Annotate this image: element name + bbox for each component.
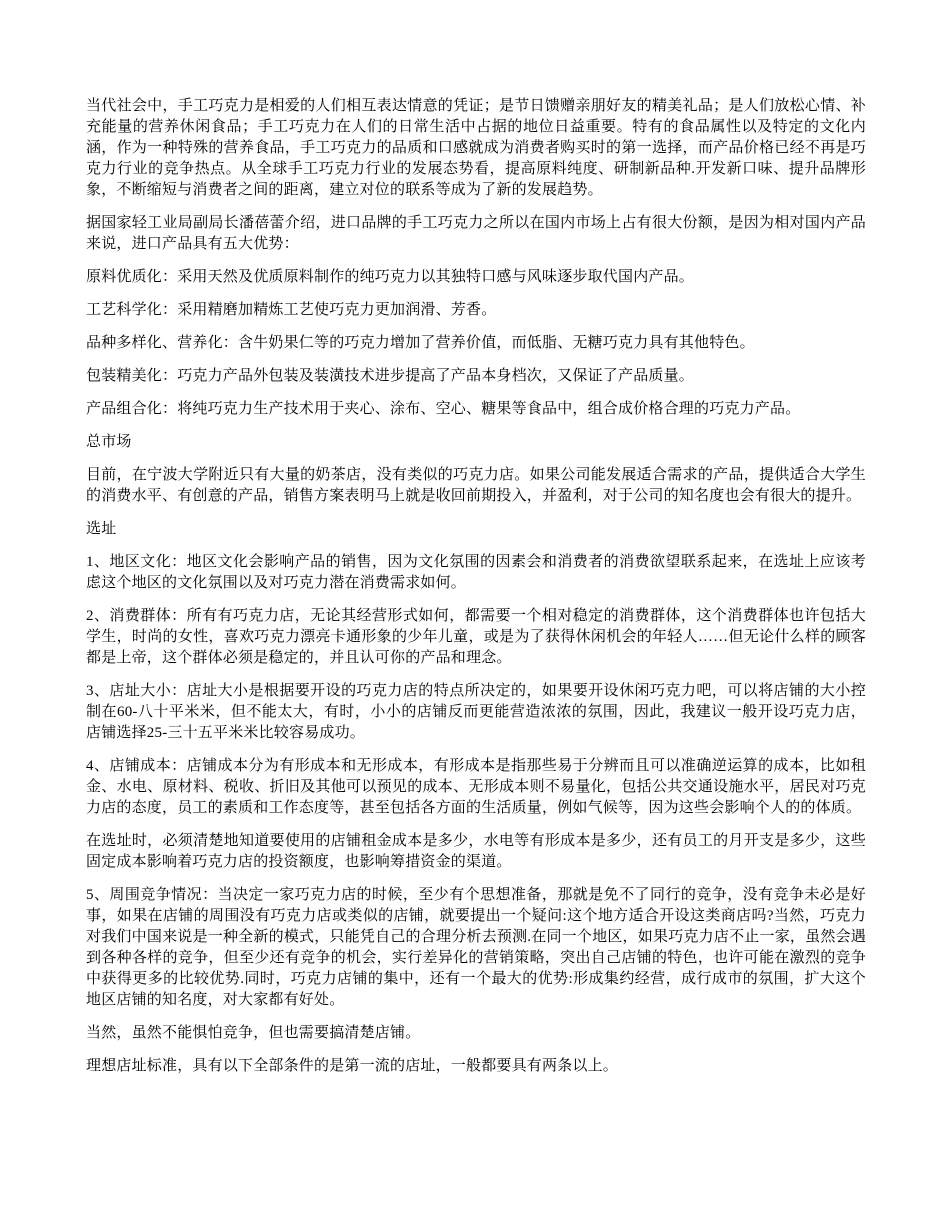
document-page: 当代社会中，手工巧克力是相爱的人们相互表达情意的凭证；是节日馈赠亲朋好友的精美礼… (86, 96, 866, 1089)
heading-total-market: 总市场 (86, 432, 866, 453)
item-2-consumer-group: 2、消费群体：所有有巧克力店，无论其经营形式如何，都需要一个相对稳定的消费群体，… (86, 606, 866, 669)
heading-site-selection: 选址 (86, 519, 866, 540)
advantage-combination: 产品组合化：将纯巧克力生产技术用于夹心、涂布、空心、糖果等食品中，组合成价格合理… (86, 399, 866, 420)
paragraph-competition-note: 当然，虽然不能惧怕竞争，但也需要搞清楚店铺。 (86, 1023, 866, 1044)
item-1-region-culture: 1、地区文化：地区文化会影响产品的销售，因为文化氛围的因素会和消费者的消费欲望联… (86, 552, 866, 594)
item-5-competition: 5、周围竞争情况：当决定一家巧克力店的时候，至少有个思想准备，那就是免不了同行的… (86, 885, 866, 1011)
paragraph-fixed-costs: 在选址时，必须清楚地知道要使用的店铺租金成本是多少，水电等有形成本是多少，还有员… (86, 831, 866, 873)
item-3-store-size: 3、店址大小：店址大小是根据要开设的巧克力店的特点所决定的，如果要开设休闲巧克力… (86, 681, 866, 744)
advantage-material: 原料优质化：采用天然及优质原料制作的纯巧克力以其独特口感与风味逐步取代国内产品。 (86, 267, 866, 288)
paragraph-ideal-site-standard: 理想店址标准，具有以下全部条件的是第一流的店址，一般都要具有两条以上。 (86, 1056, 866, 1077)
paragraph-import-advantages: 据国家轻工业局副局长潘蓓蕾介绍，进口品牌的手工巧克力之所以在国内市场上占有很大份… (86, 213, 866, 255)
advantage-variety: 品种多样化、营养化：含牛奶果仁等的巧克力增加了营养价值，而低脂、无糖巧克力具有其… (86, 333, 866, 354)
advantage-craft: 工艺科学化：采用精磨加精炼工艺使巧克力更加润滑、芳香。 (86, 300, 866, 321)
paragraph-market-overview: 目前，在宁波大学附近只有大量的奶茶店，没有类似的巧克力店。如果公司能发展适合需求… (86, 465, 866, 507)
item-4-store-cost: 4、店铺成本：店铺成本分为有形成本和无形成本，有形成本是指那些易于分辨而且可以准… (86, 756, 866, 819)
advantage-packaging: 包装精美化：巧克力产品外包装及装潢技术进步提高了产品本身档次，又保证了产品质量。 (86, 366, 866, 387)
paragraph-intro: 当代社会中，手工巧克力是相爱的人们相互表达情意的凭证；是节日馈赠亲朋好友的精美礼… (86, 96, 866, 201)
